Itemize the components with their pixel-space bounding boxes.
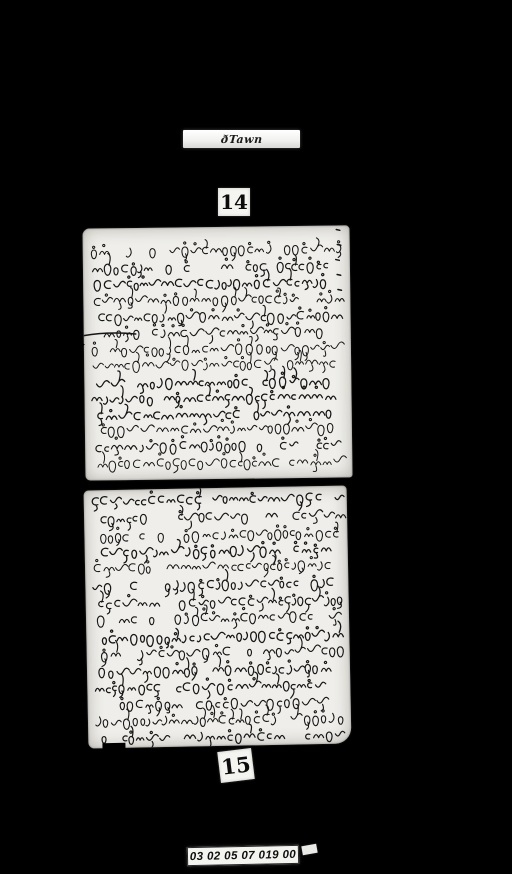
page-number-15: 15 (220, 751, 252, 779)
page-number-14: 14 (220, 190, 248, 214)
reel-title-label: ðTawn (183, 130, 300, 148)
footer-tab (301, 844, 317, 855)
microfilm-frame: ðTawn 14 15 03 02 05 07 019 00 (0, 0, 512, 874)
handwriting-page-14 (82, 225, 352, 480)
page-edge-clip (79, 341, 85, 349)
page-number-tag-14: 14 (218, 188, 250, 216)
page-number-tag-15: 15 (217, 748, 255, 783)
page-edge-notch (102, 743, 125, 751)
handwriting-page-15 (84, 485, 352, 748)
frame-code-text: 03 02 05 07 019 00 (190, 848, 297, 862)
manuscript-page-14 (82, 225, 352, 480)
manuscript-page-15 (84, 485, 352, 748)
frame-code-label: 03 02 05 07 019 00 (187, 845, 299, 866)
reel-title-text: ðTawn (220, 133, 262, 146)
